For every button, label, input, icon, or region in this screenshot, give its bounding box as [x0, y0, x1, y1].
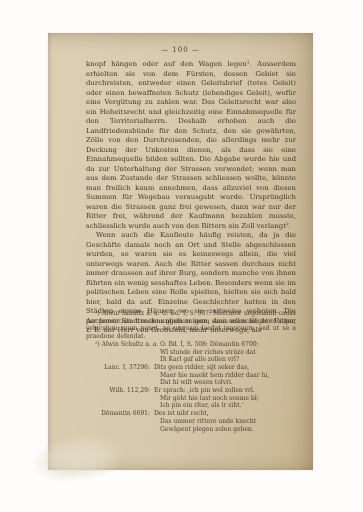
page-body: knopf hängen oder auf den Wagen legen¹. …: [86, 60, 296, 336]
verse-text: Dat hi wilt wesen tolvri.: [154, 379, 296, 387]
verse-source-label: [86, 372, 154, 380]
verse-source-label: [86, 379, 154, 387]
verse-line: Ich pin ein rîter, als ir siht.‘: [86, 402, 296, 410]
verse-text: Gewâpent plegen zolen geben.: [154, 426, 296, 434]
verse-line: Wî stunde der riches strâze dat: [86, 349, 296, 357]
verse-line: Mir gêht hie last noch soume bî;: [86, 395, 296, 403]
verse-text: Maer hie maekt hem ridder daar hi,: [154, 372, 296, 380]
verse-line: Dat hi wilt wesen tolvri.: [86, 379, 296, 387]
verse-line: Das ummer rittere unde knecht: [86, 418, 296, 426]
verse-line: Gewâpent plegen zolen geben.: [86, 426, 296, 434]
verse-source-label: Dêmantin 6691:: [86, 410, 154, 418]
verse-source-label: [86, 426, 154, 434]
paragraph-1: knopf hängen oder auf den Wagen legen¹. …: [86, 60, 296, 231]
verse-text: Ich pin ein rîter, als ir siht.‘: [154, 402, 296, 410]
verse-source-label: Lanc. I, 37296:: [86, 364, 154, 372]
verse-line: Lanc. I, 37296: Dits geen ridder, sijt s…: [86, 364, 296, 372]
verse-line: Maer hie maekt hem ridder daar hi,: [86, 372, 296, 380]
verse-text: Er sprach: ,ich pin wol zollen vrî.: [154, 387, 296, 395]
paper-worn-spot: [30, 431, 126, 484]
page-number: — 100 —: [48, 46, 313, 54]
verse-source-label: Wilh. 112,29:: [86, 387, 154, 395]
verse-text: Dits geen ridder, sijt seker das,: [154, 364, 296, 372]
verse-source-label: [86, 356, 154, 364]
verse-text: Mir gêht hie last noch soume bî;: [154, 395, 296, 403]
verse-line: Di Karl gaf alle zollen vrî?: [86, 356, 296, 364]
verse-source-label: [86, 418, 154, 426]
verse-line: Wilh. 112,29: Er sprach: ,ich pin wol zo…: [86, 387, 296, 395]
verse-text: Di Karl gaf alle zollen vrî?: [154, 356, 296, 364]
verse-source-label: [86, 395, 154, 403]
verse-text: Das ummer rittere unde knecht: [154, 418, 296, 426]
verse-source-label: [86, 402, 154, 410]
verse-text: Des ist niht recht,: [154, 410, 296, 418]
verse-text: Wî stunde der riches strâze dat: [154, 349, 296, 357]
verse-source-label: [86, 349, 154, 357]
scan-background: — 100 — knopf hängen oder auf den Wagen …: [0, 0, 363, 512]
footnote-verses: Wî stunde der riches strâze dat Di Karl …: [86, 349, 296, 434]
footnotes: ¹) Alwin Schultz a. a. O. Bd. I, S. 507:…: [86, 310, 296, 433]
book-page: — 100 — knopf hängen oder auf den Wagen …: [48, 33, 313, 470]
verse-line: Dêmantin 6691: Des ist niht recht,: [86, 410, 296, 418]
footnote-1: ¹) Alwin Schultz a. a. O. Bd. I, S. 507:…: [86, 310, 296, 341]
footnote-2-intro: ²) Alwin Schultz a. a. O. Bd. I, S. 508:…: [86, 341, 296, 349]
